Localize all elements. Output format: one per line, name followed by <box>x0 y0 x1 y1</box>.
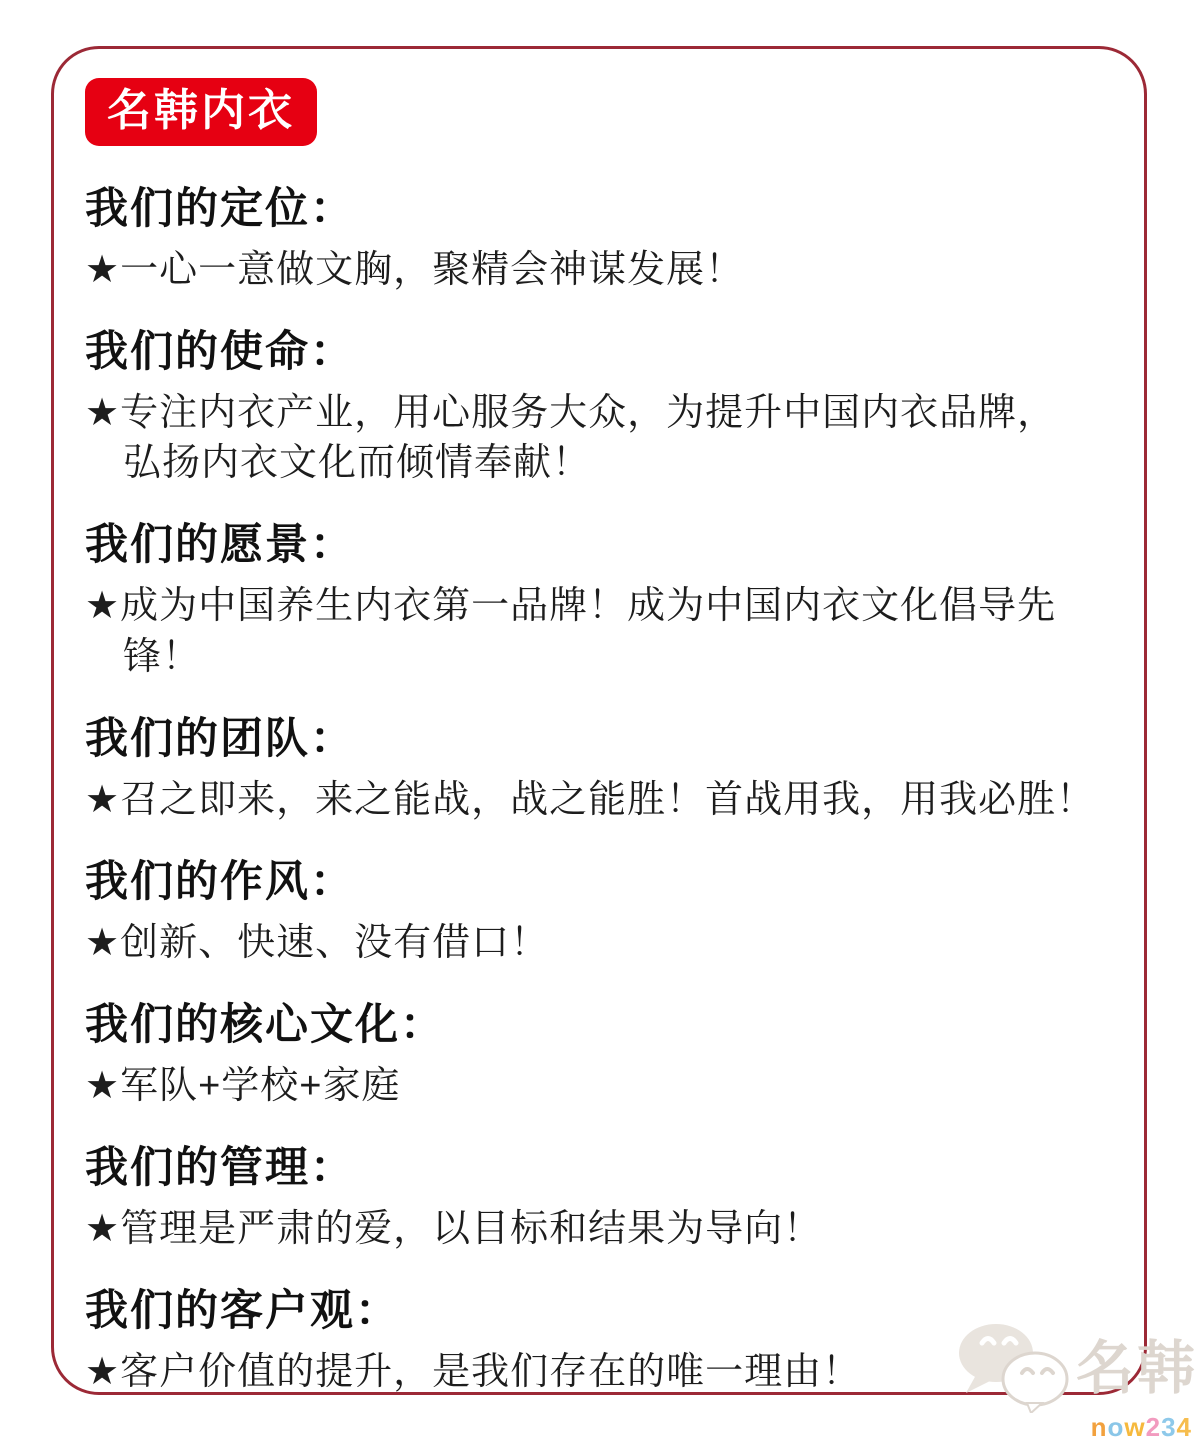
section-team: 我们的团队： ★召之即来，来之能战，战之能胜！首战用我，用我必胜！ <box>85 718 1125 825</box>
section-mission: 我们的使命： ★专注内衣产业，用心服务大众，为提升中国内衣品牌，弘扬内衣文化而倾… <box>85 331 1125 488</box>
watermark-letter: 2 <box>1146 1412 1161 1442</box>
poster-content: 名韩内衣 我们的定位： ★一心一意做文胸，聚精会神谋发展！ 我们的使命： ★专注… <box>85 78 1125 1398</box>
watermark-logo-row: 名韩 <box>956 1319 1200 1418</box>
watermark-letter: 4 <box>1177 1412 1192 1442</box>
section-body-line1: ★专注内衣产业，用心服务大众，为提升中国内衣品牌， <box>85 392 1056 434</box>
section-body: ★创新、快速、没有借口！ <box>85 918 1125 968</box>
section-heading: 我们的核心文化： <box>85 1004 1125 1047</box>
section-body: ★管理是严肃的爱，以目标和结果为导向！ <box>85 1204 1125 1254</box>
section-positioning: 我们的定位： ★一心一意做文胸，聚精会神谋发展！ <box>85 188 1125 295</box>
watermark-letter: n <box>1091 1412 1108 1442</box>
section-body: ★一心一意做文胸，聚精会神谋发展！ <box>85 245 1125 295</box>
section-core-culture: 我们的核心文化： ★军队+学校+家庭 <box>85 1004 1125 1111</box>
section-body: ★成为中国养生内衣第一品牌！成为中国内衣文化倡导先锋！ <box>85 581 1125 681</box>
section-heading: 我们的愿景： <box>85 524 1125 567</box>
watermark-letter: o <box>1107 1412 1124 1442</box>
section-heading: 我们的定位： <box>85 188 1125 231</box>
section-heading: 我们的团队： <box>85 718 1125 761</box>
watermark-letter: 3 <box>1161 1412 1176 1442</box>
section-work-style: 我们的作风： ★创新、快速、没有借口！ <box>85 861 1125 968</box>
section-heading: 我们的使命： <box>85 331 1125 374</box>
wechat-icon <box>956 1319 1074 1418</box>
section-body: ★军队+学校+家庭 <box>85 1061 1125 1111</box>
watermark-letter: w <box>1124 1412 1145 1442</box>
brand-badge: 名韩内衣 <box>85 78 317 146</box>
section-body-line2: 弘扬内衣文化而倾情奉献！ <box>123 438 1125 488</box>
watermark-brand-text: 名韩 <box>1076 1340 1198 1398</box>
section-body: ★召之即来，来之能战，战之能胜！首战用我，用我必胜！ <box>85 775 1125 825</box>
section-vision: 我们的愿景： ★成为中国养生内衣第一品牌！成为中国内衣文化倡导先锋！ <box>85 524 1125 681</box>
watermark: 名韩 now234 <box>956 1319 1200 1446</box>
section-heading: 我们的作风： <box>85 861 1125 904</box>
brand-badge-text: 名韩内衣 <box>107 86 295 135</box>
section-heading: 我们的管理： <box>85 1147 1125 1190</box>
section-management: 我们的管理： ★管理是严肃的爱，以目标和结果为导向！ <box>85 1147 1125 1254</box>
section-body: ★专注内衣产业，用心服务大众，为提升中国内衣品牌，弘扬内衣文化而倾情奉献！ <box>85 388 1125 488</box>
